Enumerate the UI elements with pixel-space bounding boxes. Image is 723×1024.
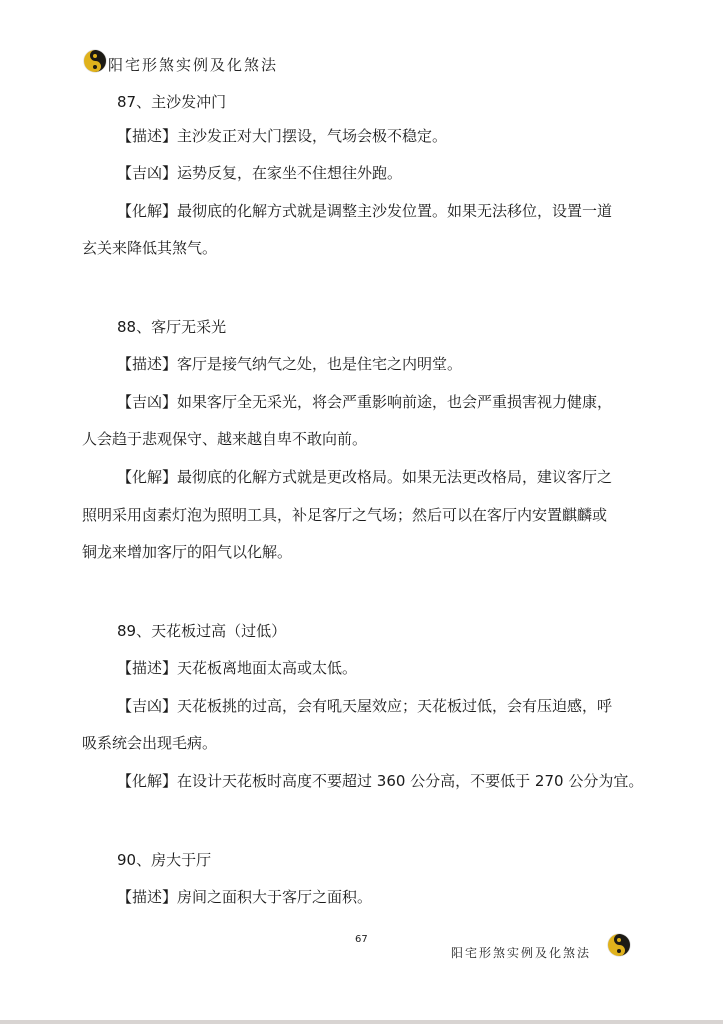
- section-88-remedy-cont-1: 照明采用卤素灯泡为照明工具，补足客厅之气场；然后可以在客厅内安置麒麟或: [82, 504, 607, 525]
- page-number: 67: [355, 934, 368, 945]
- section-87-remedy: 【化解】最彻底的化解方式就是调整主沙发位置。如果无法移位，设置一道: [117, 200, 612, 221]
- section-88-fortune: 【吉凶】如果客厅全无采光，将会严重影响前途，也会严重损害视力健康，: [117, 391, 612, 412]
- section-88-description: 【描述】客厅是接气纳气之处，也是住宅之内明堂。: [117, 353, 462, 374]
- section-heading-88: 88、客厅无采光: [117, 316, 226, 337]
- section-87-description: 【描述】主沙发正对大门摆设，气场会极不稳定。: [117, 125, 447, 146]
- footer-title: 阳宅形煞实例及化煞法: [451, 944, 591, 961]
- header-title: 阳宅形煞实例及化煞法: [108, 54, 278, 75]
- section-heading-89: 89、天花板过高（过低）: [117, 620, 286, 641]
- section-88-remedy: 【化解】最彻底的化解方式就是更改格局。如果无法更改格局，建议客厅之: [117, 466, 612, 487]
- yin-yang-icon: [608, 934, 630, 956]
- section-89-description: 【描述】天花板离地面太高或太低。: [117, 657, 357, 678]
- section-87-remedy-cont: 玄关来降低其煞气。: [82, 237, 217, 258]
- section-heading-87: 87、主沙发冲门: [117, 91, 226, 112]
- section-heading-90: 90、房大于厅: [117, 849, 211, 870]
- section-89-remedy: 【化解】在设计天花板时高度不要超过 360 公分高，不要低于 270 公分为宜。: [117, 770, 643, 791]
- section-89-fortune: 【吉凶】天花板挑的过高，会有吼天屋效应；天花板过低，会有压迫感，呼: [117, 695, 612, 716]
- section-87-fortune: 【吉凶】运势反复，在家坐不住想往外跑。: [117, 162, 402, 183]
- section-89-fortune-cont: 吸系统会出现毛病。: [82, 732, 217, 753]
- document-page: 阳宅形煞实例及化煞法 87、主沙发冲门 【描述】主沙发正对大门摆设，气场会极不稳…: [0, 0, 723, 1020]
- page-bottom-edge: [0, 1020, 723, 1024]
- section-90-description: 【描述】房间之面积大于客厅之面积。: [117, 886, 372, 907]
- section-88-fortune-cont: 人会趋于悲观保守、越来越自卑不敢向前。: [82, 428, 367, 449]
- yin-yang-icon: [84, 50, 106, 72]
- section-88-remedy-cont-2: 铜龙来增加客厅的阳气以化解。: [82, 541, 292, 562]
